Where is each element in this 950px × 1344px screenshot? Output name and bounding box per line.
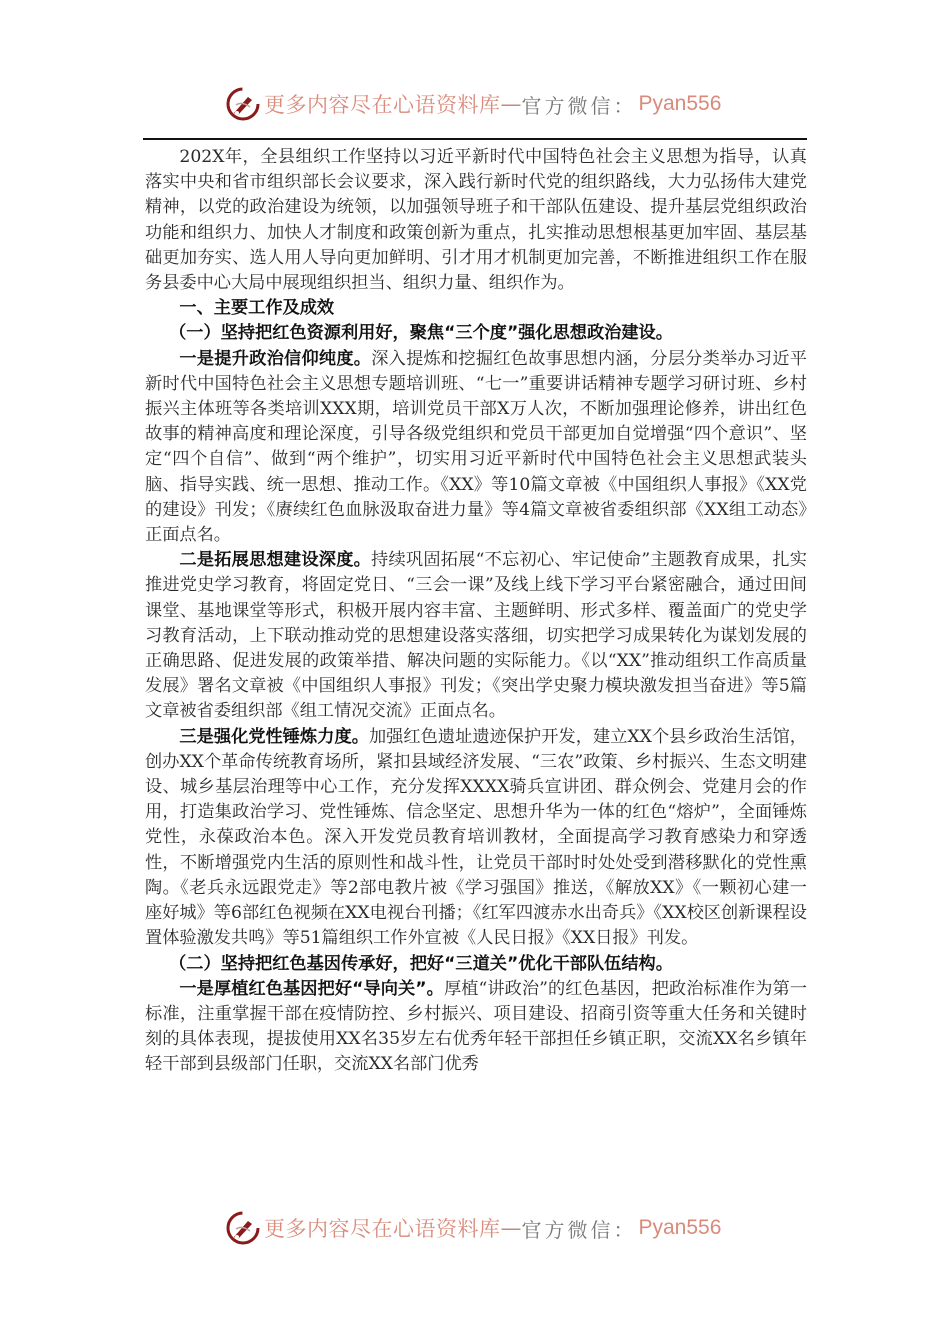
footer-watermark-banner: 更多内容尽在心语资料库 — 官方微信： Pyan556 (226, 1208, 721, 1248)
subsection-heading-1: （一）坚持把红色资源利用好，聚焦“三个度”强化思想政治建设。 (145, 321, 807, 346)
banner-wechat-id: Pyan556 (639, 92, 722, 116)
paragraph-1-body: 深入提炼和挖掘红色故事思想内涵，分层分类举办习近平新时代中国特色社会主义思想专题… (145, 349, 807, 545)
header-divider (143, 138, 807, 140)
banner-dash: — (501, 1216, 522, 1240)
paragraph-1: 一是提升政治信仰纯度。深入提炼和挖掘红色故事思想内涵，分层分类举办习近平新时代中… (145, 347, 807, 549)
paragraph-4: 一是厚植红色基因把好“导向关”。厚植“讲政治”的红色基因，把政治标准作为第一标准… (145, 977, 807, 1078)
banner-site-name: 更多内容尽在心语资料库 (264, 89, 501, 119)
banner-wechat-id: Pyan556 (639, 1216, 722, 1240)
banner-dash: — (501, 92, 522, 116)
header-watermark-banner: 更多内容尽在心语资料库 — 官方微信： Pyan556 (226, 84, 721, 124)
paragraph-3-body: 加强红色遗址遗迹保护开发，建立XX个县乡政治生活馆，创办XX个革命传统教育场所，… (145, 727, 807, 949)
banner-site-name: 更多内容尽在心语资料库 (264, 1213, 501, 1243)
banner-official-label: 官方微信： (522, 1214, 637, 1243)
paragraph-3-lead: 三是强化党性锤炼力度。 (179, 727, 369, 747)
paragraph-2-body: 持续巩固拓展“不忘初心、牢记使命”主题教育成果，扎实推进党史学习教育，将固定党日… (145, 550, 807, 721)
paragraph-2-lead: 二是拓展思想建设深度。 (179, 550, 371, 570)
banner-official-label: 官方微信： (522, 90, 637, 119)
quill-pen-logo-icon (226, 1211, 260, 1245)
subsection-heading-2: （二）坚持把红色基因传承好，把好“三道关”优化干部队伍结构。 (145, 952, 807, 977)
paragraph-1-lead: 一是提升政治信仰纯度。 (179, 349, 371, 369)
intro-paragraph: 202X年，全县组织工作坚持以习近平新时代中国特色社会主义思想为指导，认真落实中… (145, 145, 807, 296)
document-body: 202X年，全县组织工作坚持以习近平新时代中国特色社会主义思想为指导，认真落实中… (145, 145, 807, 1078)
paragraph-2: 二是拓展思想建设深度。持续巩固拓展“不忘初心、牢记使命”主题教育成果，扎实推进党… (145, 548, 807, 724)
quill-pen-logo-icon (226, 87, 260, 121)
section-heading-1: 一、主要工作及成效 (145, 296, 807, 321)
paragraph-4-lead: 一是厚植红色基因把好“导向关”。 (179, 979, 444, 999)
paragraph-3: 三是强化党性锤炼力度。加强红色遗址遗迹保护开发，建立XX个县乡政治生活馆，创办X… (145, 725, 807, 952)
